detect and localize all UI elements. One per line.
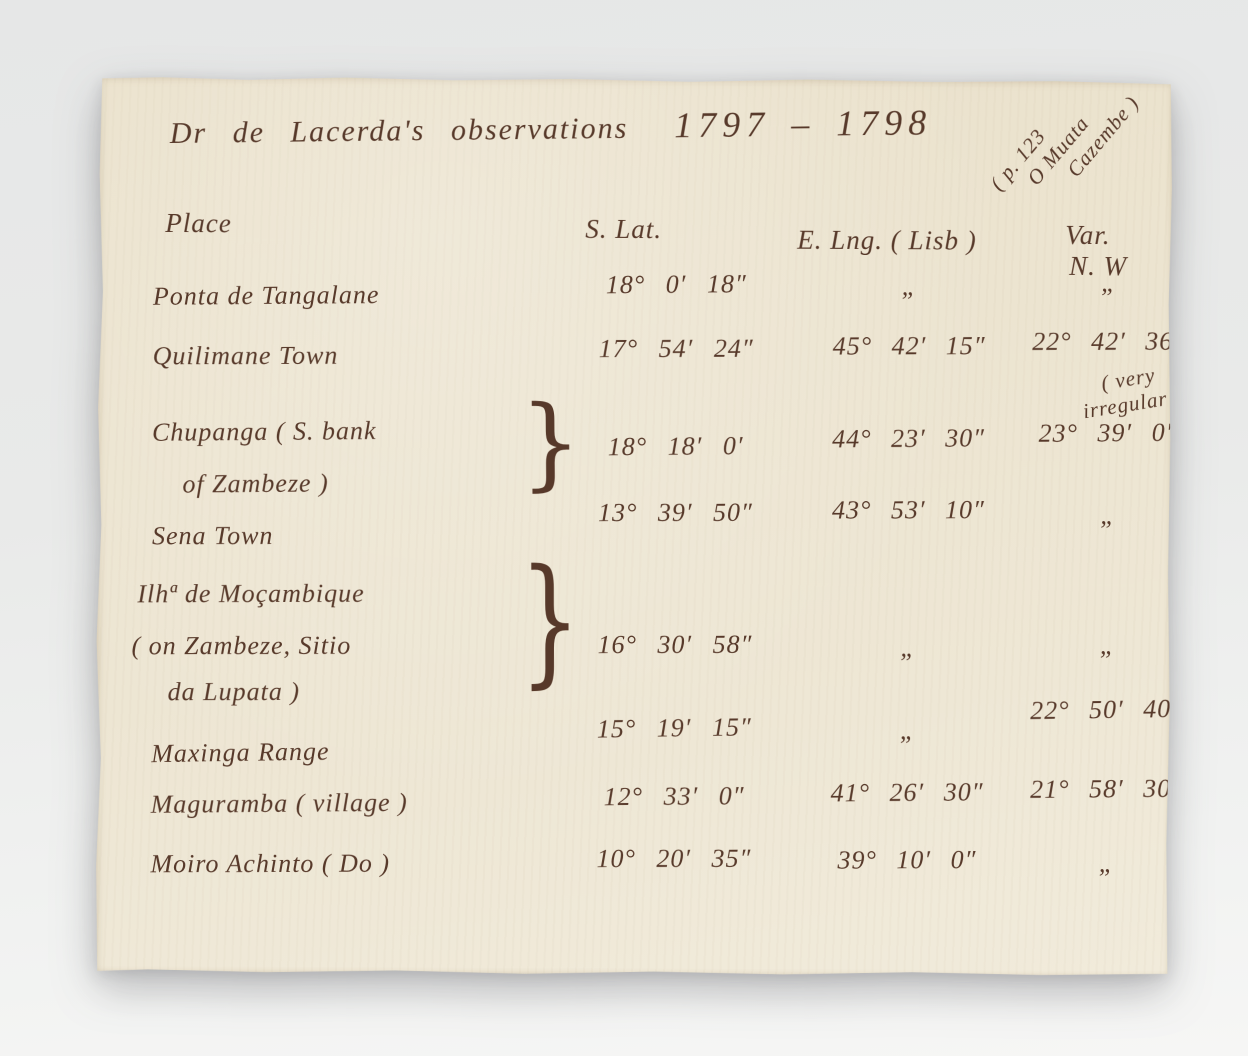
variation-value: „ [1009, 267, 1209, 299]
place-name-line2: ( on Zambeze, Sitio [131, 630, 551, 661]
variation-value: 23° 39′ 0″ [1008, 417, 1208, 449]
title-text: Dr de Lacerda's observations [170, 112, 629, 151]
longitude-value: „ [795, 633, 1020, 664]
longitude-value: 44° 23′ 30″ [796, 423, 1021, 455]
column-header-place: Place [165, 208, 232, 239]
longitude-value: „ [795, 714, 1020, 747]
table-row: Ilhª de Moçambique ( on Zambeze, Sitio d… [95, 573, 1171, 716]
place-name-line1: Chupanga ( S. bank [152, 414, 572, 447]
place-name: Maguramba ( village ) [151, 786, 571, 819]
place-name: Maxinga Range [151, 733, 571, 769]
manuscript-page: Dr de Lacerda's observations 1797 – 1798… [94, 76, 1174, 979]
place-name: Quilimane Town [153, 340, 573, 371]
latitude-value: 12° 33′ 0″ [557, 781, 792, 813]
longitude-value: „ [797, 271, 1022, 303]
latitude-value: 18° 18′ 0′ [558, 431, 793, 463]
variation-value: 22° 42′ 36″ [1009, 326, 1209, 357]
latitude-value: 10° 20′ 35″ [556, 844, 791, 875]
table-row: Quilimane Town 17° 54′ 24″ 45° 42′ 15″ 2… [97, 327, 1173, 400]
brace-mark: } [519, 551, 580, 690]
place-name: Moiro Achinto ( Do ) [150, 848, 570, 879]
paper-sheet: Dr de Lacerda's observations 1797 – 1798… [94, 76, 1174, 979]
latitude-value: 17° 54′ 24″ [559, 334, 794, 365]
column-header-lat: S. Lat. [585, 214, 662, 245]
longitude-value: 43° 53′ 10″ [796, 495, 1021, 526]
place-name: Sena Town [152, 520, 572, 551]
latitude-value: 15° 19′ 15″ [557, 712, 792, 745]
place-name: Ponta de Tangalane [153, 278, 573, 311]
title-years: 1797 – 1798 [674, 101, 932, 146]
variation-value: „ [1008, 500, 1208, 531]
latitude-value: 16° 30′ 58″ [557, 630, 792, 661]
table-row: Sena Town 13° 39′ 50″ 43° 53′ 10″ „ [96, 493, 1172, 566]
variation-value: 22° 50′ 40″ [1006, 693, 1206, 726]
document-title: Dr de Lacerda's observations 1797 – 1798 [170, 101, 933, 152]
latitude-value: 18° 0′ 18″ [559, 269, 794, 301]
column-header-lng: E. Lng. ( Lisb ) [797, 225, 977, 257]
corner-annotation: ( p. 123 O Muata Cazembe ) [985, 59, 1144, 228]
variation-value: 21° 58′ 30″ [1006, 773, 1206, 805]
table-row: Moiro Achinto ( Do ) 10° 20′ 35″ 39° 10′… [94, 839, 1170, 912]
latitude-value: 13° 39′ 50″ [558, 498, 793, 529]
longitude-value: 41° 26′ 30″ [794, 777, 1019, 809]
variation-value: „ [1006, 848, 1206, 879]
column-header-var-line1: Var. [1065, 220, 1127, 251]
photo-background: Dr de Lacerda's observations 1797 – 1798… [0, 0, 1248, 1056]
table-row: Maxinga Range 15° 19′ 15″ „ 22° 50′ 40″ [95, 700, 1172, 786]
longitude-value: 39° 10′ 0″ [794, 845, 1019, 876]
place-name-line1: Ilhª de Moçambique [137, 578, 557, 609]
variation-value: „ [1007, 630, 1207, 661]
longitude-value: 45° 42′ 15″ [797, 331, 1022, 362]
